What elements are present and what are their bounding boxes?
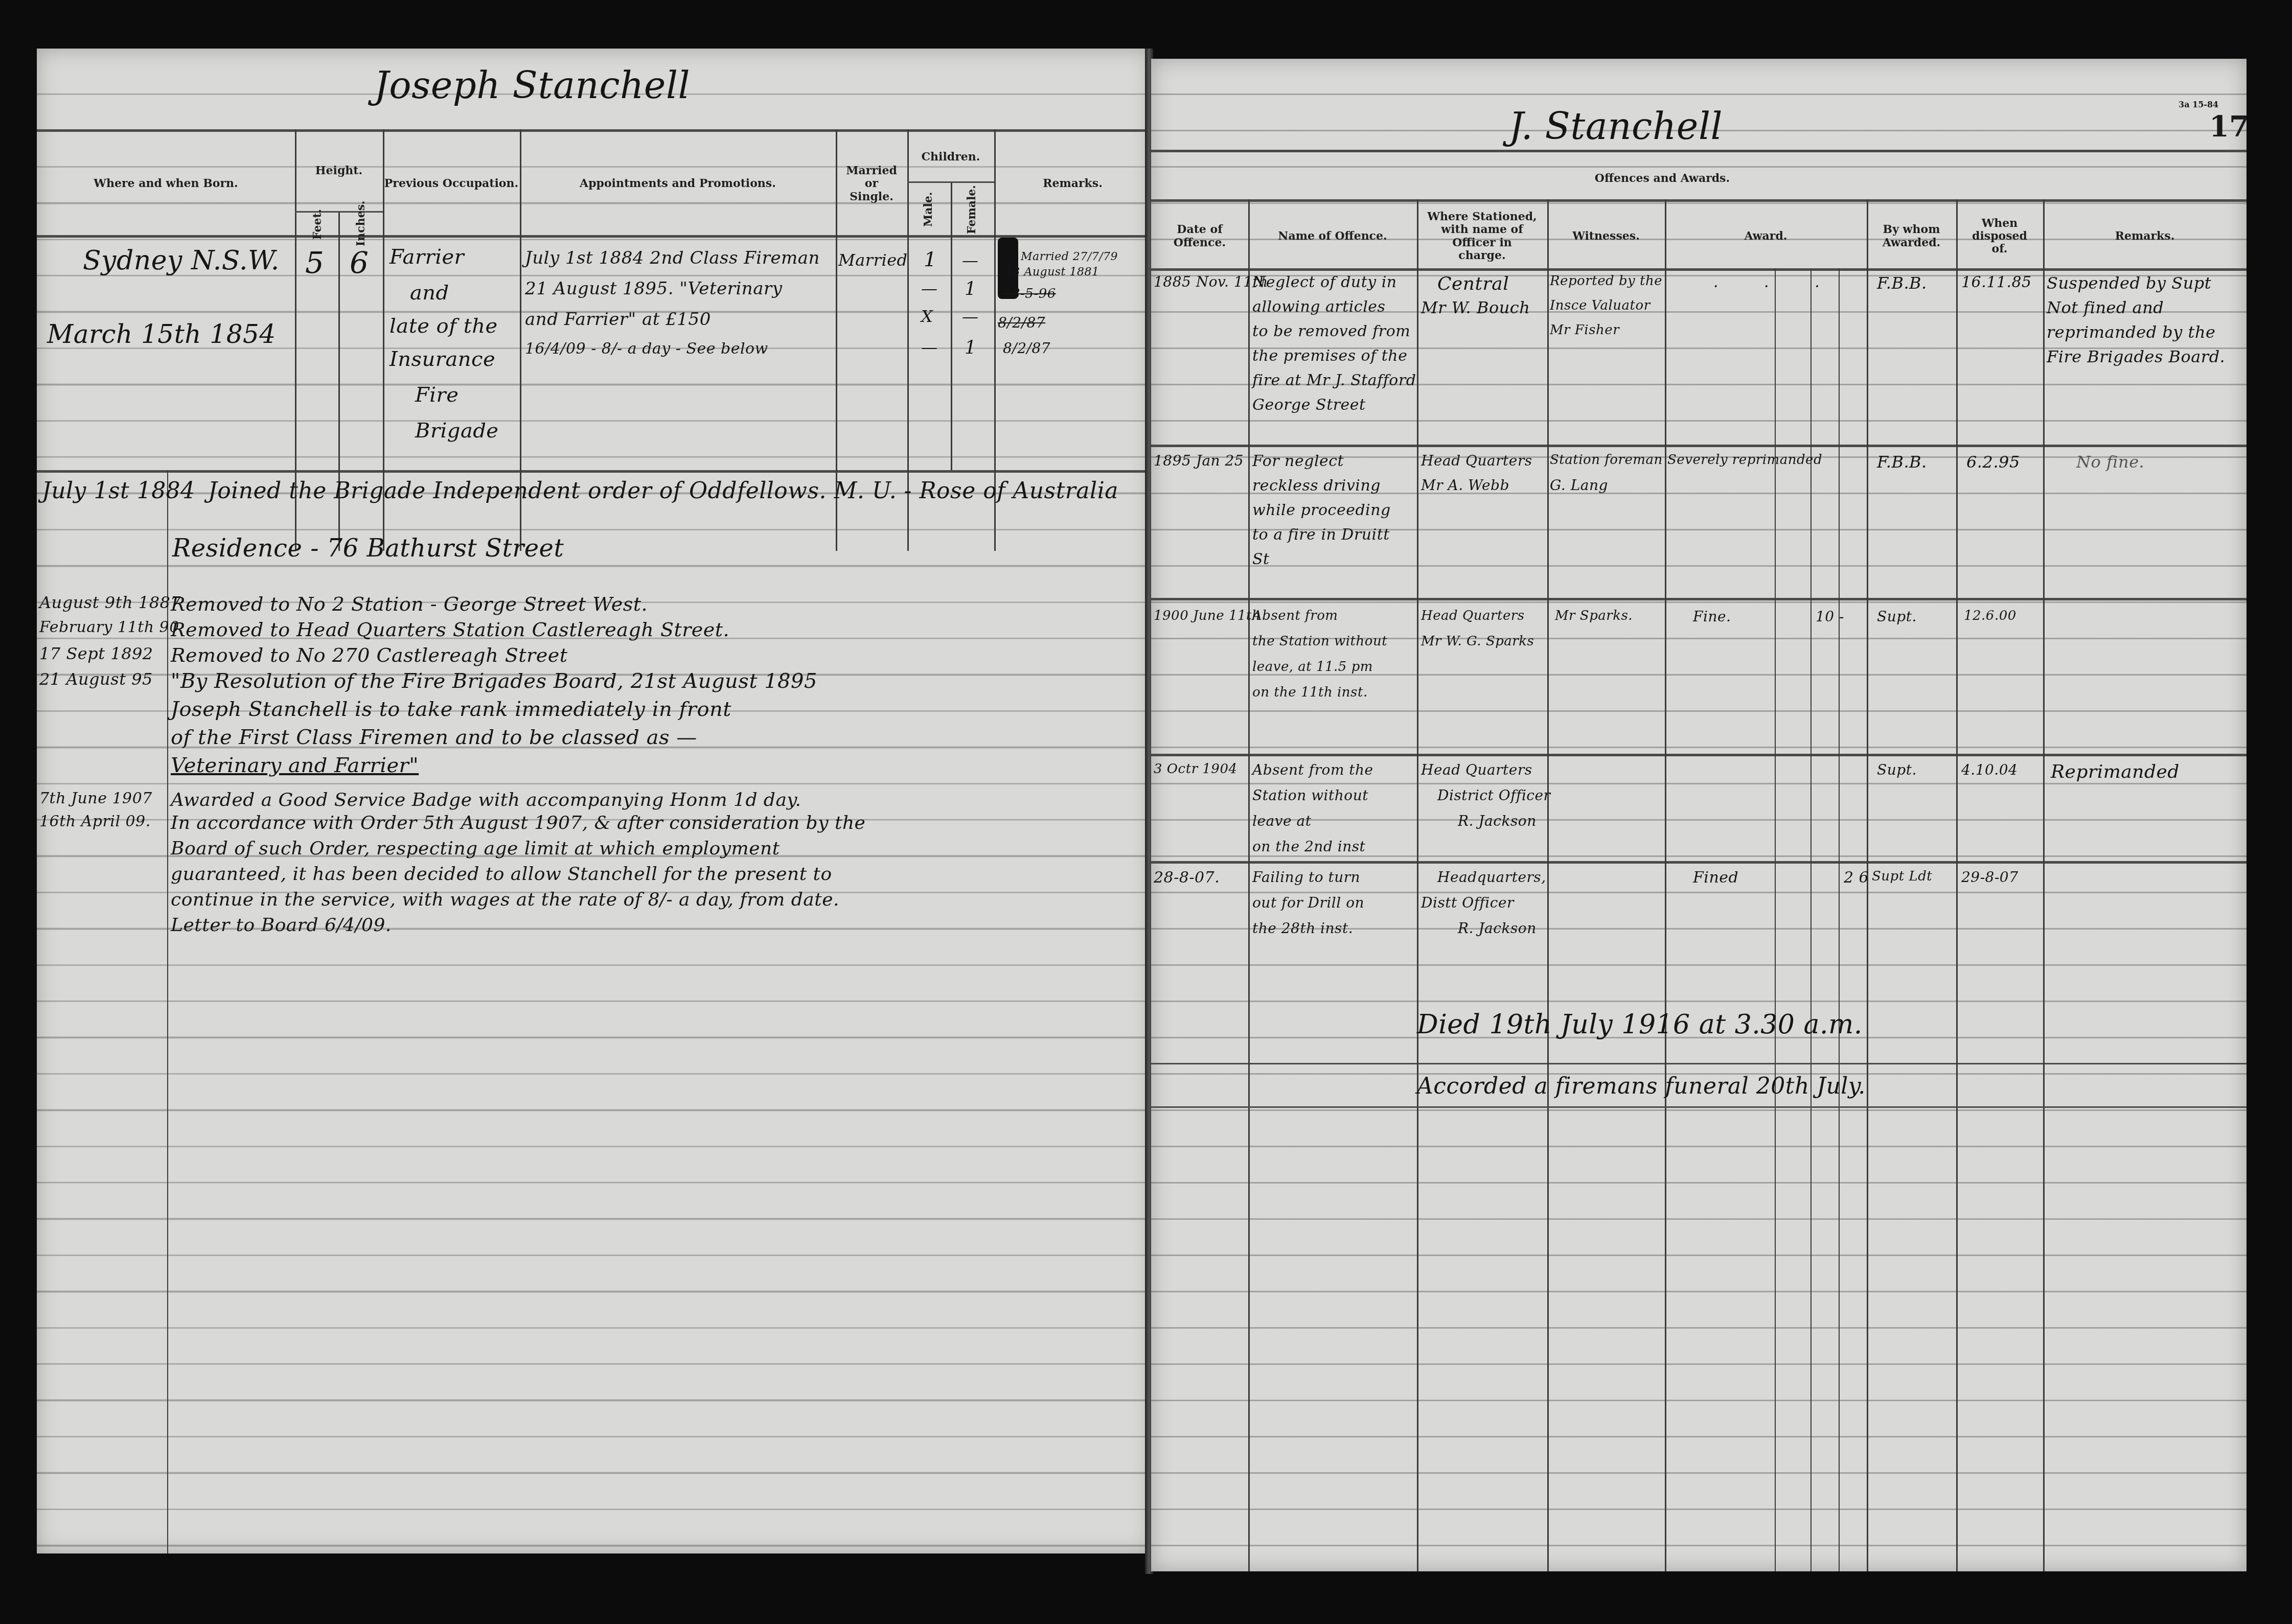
remark-line: Fire Brigades Board. bbox=[2047, 347, 2225, 366]
header-remarks: Remarks. bbox=[994, 133, 1151, 235]
offence-date: 1900 June 11th bbox=[1154, 608, 1260, 623]
appointment-line: and Farrier" at £150 bbox=[525, 309, 711, 330]
children-female: — bbox=[962, 250, 979, 270]
remark-line: Married 27/7/79 bbox=[1021, 250, 1118, 263]
note-text: Residence - 76 Bathurst Street bbox=[172, 534, 564, 563]
remark-line: 28-5-96 bbox=[1003, 286, 1056, 301]
disposed-date: 4.10.04 bbox=[1961, 761, 2018, 778]
note-text: Removed to Head Quarters Station Castler… bbox=[171, 618, 729, 641]
offence-name-line: Neglect of duty in bbox=[1252, 273, 1397, 291]
header-where-stationed: Where Stationed, with name of Officer in… bbox=[1417, 204, 1547, 268]
offence-name-line: the Station without bbox=[1252, 634, 1387, 649]
children-female: — bbox=[962, 307, 979, 326]
note-text: Removed to No 2 Station - George Street … bbox=[171, 593, 648, 615]
offence-name-line: Station without bbox=[1252, 787, 1368, 804]
offence-date: 28-8-07. bbox=[1154, 869, 1220, 887]
row-rule bbox=[1151, 861, 2247, 864]
stationed-line: Mr W. G. Sparks bbox=[1421, 634, 1534, 649]
header-inches: Inches. bbox=[346, 213, 377, 234]
header-when-disposed: When disposed of. bbox=[1956, 204, 2043, 268]
offence-name-line: the 28th inst. bbox=[1252, 920, 1353, 937]
employee-name-title: J. Stanchell bbox=[1509, 105, 1723, 148]
appointment-line: 16/4/09 - 8/- a day - See below bbox=[525, 340, 768, 358]
funeral-note: Accorded a firemans funeral 20th July. bbox=[1417, 1073, 1866, 1099]
header-feet: Feet. bbox=[303, 215, 333, 234]
right-page: J. Stanchell 3a 15-84 17 Offences and Aw… bbox=[1151, 59, 2247, 1571]
remark-line: 8/2/87 bbox=[998, 314, 1045, 331]
header-remarks: Remarks. bbox=[2043, 204, 2247, 268]
header-top-rule bbox=[37, 129, 1151, 132]
note-date: August 9th 1887 bbox=[39, 593, 181, 612]
offence-date: 3 Octr 1904 bbox=[1154, 761, 1237, 777]
marital-status: Married bbox=[838, 250, 908, 270]
header-where-born: Where and when Born. bbox=[37, 133, 295, 235]
offence-name-line: George Street bbox=[1252, 396, 1366, 414]
page-number: 17 bbox=[2209, 110, 2249, 144]
witness-line: Insce Valuator bbox=[1550, 298, 1651, 313]
note-text: Letter to Board 6/4/09. bbox=[171, 915, 392, 936]
row-rule bbox=[1151, 445, 2247, 447]
employee-name-title: Joseph Stanchell bbox=[374, 64, 690, 107]
stationed-line: Headquarters, bbox=[1437, 869, 1546, 886]
header-previous-occupation: Previous Occupation. bbox=[383, 133, 520, 235]
disposed-date: 12.6.00 bbox=[1964, 608, 2016, 623]
table-end-rule bbox=[1151, 1106, 2247, 1108]
offence-name-line: leave at bbox=[1252, 813, 1311, 829]
note-text: "By Resolution of the Fire Brigades Boar… bbox=[171, 669, 817, 693]
witness-line: Station foreman bbox=[1550, 452, 1663, 468]
remark-line: 13 August 1881 bbox=[1005, 266, 1099, 279]
header-bottom-rule bbox=[37, 235, 1151, 238]
witness-line: Mr Fisher bbox=[1550, 322, 1619, 338]
remark-line: No fine. bbox=[2076, 452, 2144, 472]
stationed-line: Head Quarters bbox=[1421, 452, 1532, 469]
remark-line: Reprimanded bbox=[2051, 761, 2180, 782]
note-text: Joseph Stanchell is to take rank immedia… bbox=[171, 698, 731, 721]
header-appointments: Appointments and Promotions. bbox=[520, 133, 836, 235]
note-text: Board of such Order, respecting age limi… bbox=[171, 838, 780, 859]
stationed-line: R. Jackson bbox=[1458, 920, 1537, 937]
children-male: X bbox=[921, 307, 933, 326]
note-text: Veterinary and Farrier" bbox=[171, 754, 419, 777]
occupation-line: late of the bbox=[389, 314, 498, 338]
offence-name-line: while proceeding bbox=[1252, 501, 1391, 519]
children-subrule bbox=[907, 181, 994, 183]
left-page: Joseph Stanchell Where and when Born. He… bbox=[37, 49, 1151, 1553]
remark-line: reprimanded by the bbox=[2047, 322, 2216, 342]
offence-name-line: allowing articles bbox=[1252, 298, 1385, 316]
remark-line: 8/2/87 bbox=[1003, 340, 1050, 357]
stationed-line: Head Quarters bbox=[1421, 761, 1532, 778]
note-date: 17 Sept 1892 bbox=[39, 644, 153, 663]
header-children: Children. bbox=[907, 133, 994, 181]
stationed-line: R. Jackson bbox=[1458, 813, 1537, 829]
occupation-line: Fire bbox=[415, 383, 459, 407]
award-amount: 2 6 bbox=[1844, 869, 1869, 887]
awarded-by: Supt. bbox=[1877, 761, 1917, 778]
col-divider bbox=[1547, 199, 1549, 1571]
form-number: 3a 15-84 bbox=[2179, 100, 2218, 109]
header-top-rule bbox=[1151, 150, 2247, 152]
note-text: Removed to No 270 Castlereagh Street bbox=[171, 644, 567, 666]
note-text: In accordance with Order 5th August 1907… bbox=[171, 813, 865, 833]
note-date: 16th April 09. bbox=[39, 813, 151, 830]
offence-name-line: on the 2nd inst bbox=[1252, 838, 1365, 855]
note-date: 7th June 1907 bbox=[39, 790, 152, 807]
section-title: Offences and Awards. bbox=[1458, 156, 1867, 202]
award-value: Fine. bbox=[1693, 608, 1731, 625]
note-date: February 11th 90 bbox=[39, 618, 179, 636]
col-divider bbox=[1417, 199, 1418, 1571]
record-bottom-rule bbox=[37, 470, 1151, 473]
height-inches: 6 bbox=[350, 245, 369, 280]
header-height: Height. bbox=[295, 133, 383, 210]
children-female: 1 bbox=[965, 279, 976, 299]
offence-name-line: Failing to turn bbox=[1252, 869, 1360, 886]
occupation-line: Brigade bbox=[415, 419, 499, 443]
appointment-line: 21 August 1895. "Veterinary bbox=[525, 279, 782, 299]
offence-name-line: on the 11th inst. bbox=[1252, 685, 1368, 700]
header-witnesses: Witnesses. bbox=[1547, 204, 1665, 268]
children-female: 1 bbox=[965, 337, 976, 358]
col-divider bbox=[951, 181, 952, 470]
award-value: Severely reprimanded bbox=[1667, 452, 1822, 468]
offence-name-line: out for Drill on bbox=[1252, 894, 1364, 911]
award-value: . . . bbox=[1713, 273, 1840, 291]
remark-line: Suspended by Supt bbox=[2047, 273, 2211, 293]
disposed-date: 6.2.95 bbox=[1966, 452, 2020, 472]
offence-name-line: reckless driving bbox=[1252, 477, 1381, 495]
header-award: Award. bbox=[1665, 204, 1867, 268]
offence-name-line: to be removed from bbox=[1252, 322, 1410, 340]
col-divider bbox=[2043, 199, 2045, 1571]
disposed-date: 29-8-07 bbox=[1961, 869, 2019, 886]
awarded-by: F.B.B. bbox=[1877, 273, 1927, 293]
disposed-date: 16.11.85 bbox=[1961, 273, 2032, 291]
stationed-line: Mr A. Webb bbox=[1421, 477, 1509, 494]
offence-date: 1895 Jan 25 bbox=[1154, 452, 1244, 469]
section-rule bbox=[1151, 199, 2247, 202]
offence-name-line: the premises of the bbox=[1252, 347, 1407, 365]
header-female: Female. bbox=[959, 187, 985, 233]
stationed-line: Mr W. Bouch bbox=[1421, 298, 1530, 317]
remark-line: Not fined and bbox=[2047, 298, 2164, 317]
occupation-line: and bbox=[410, 281, 449, 305]
note-text: of the First Class Firemen and to be cla… bbox=[171, 726, 697, 749]
header-married-single: Married or Single. bbox=[836, 133, 907, 235]
note-text: guaranteed, it has been decided to allow… bbox=[171, 864, 832, 885]
note-text: continue in the service, with wages at t… bbox=[171, 889, 839, 910]
birth-date: March 15th 1854 bbox=[47, 319, 276, 349]
witness-line: G. Lang bbox=[1550, 477, 1608, 494]
witness-line: Reported by the bbox=[1550, 273, 1662, 289]
header-bottom-rule bbox=[1151, 268, 2247, 271]
header-by-whom: By whom Awarded. bbox=[1867, 204, 1956, 268]
col-divider bbox=[1839, 268, 1840, 1571]
offence-name-line: For neglect bbox=[1252, 452, 1344, 470]
stationed-line: District Officer bbox=[1437, 787, 1550, 804]
note-date: 21 August 95 bbox=[39, 669, 153, 689]
offence-name-line: St bbox=[1252, 550, 1270, 568]
header-date: Date of Offence. bbox=[1151, 204, 1248, 268]
header-male: Male. bbox=[916, 187, 942, 233]
children-male: — bbox=[921, 337, 938, 357]
birthplace: Sydney N.S.W. bbox=[83, 245, 280, 276]
offence-date: 1885 Nov. 11th bbox=[1154, 273, 1268, 290]
death-note: Died 19th July 1916 at 3.30 a.m. bbox=[1417, 1009, 1863, 1040]
witness-line: Mr Sparks. bbox=[1555, 608, 1633, 623]
offence-name-line: leave, at 11.5 pm bbox=[1252, 659, 1373, 675]
col-divider bbox=[1248, 199, 1250, 1571]
awarded-by: F.B.B. bbox=[1877, 452, 1927, 472]
stationed-line: Head Quarters bbox=[1421, 608, 1525, 623]
note-text: Awarded a Good Service Badge with accomp… bbox=[171, 790, 801, 810]
offence-name-line: Absent from bbox=[1252, 608, 1338, 623]
appointment-line: July 1st 1884 2nd Class Fireman bbox=[525, 248, 820, 268]
offence-name-line: fire at Mr J. Stafford bbox=[1252, 372, 1416, 389]
stationed-line: Distt Officer bbox=[1421, 894, 1514, 911]
awarded-by: Supt. bbox=[1877, 608, 1917, 625]
col-divider bbox=[1956, 199, 1958, 1571]
note-date: July 1st 1884 bbox=[42, 478, 195, 504]
offence-name-line: to a fire in Druitt bbox=[1252, 526, 1390, 544]
height-subrule bbox=[295, 211, 383, 213]
occupation-line: Farrier bbox=[389, 245, 464, 269]
award-amount: 10 - bbox=[1816, 608, 1844, 625]
children-male: 1 bbox=[924, 248, 937, 271]
header-name-of-offence: Name of Offence. bbox=[1248, 204, 1417, 268]
children-male: — bbox=[921, 279, 938, 298]
note-text: Joined the Brigade Independent order of … bbox=[208, 478, 1118, 504]
height-feet: 5 bbox=[305, 245, 324, 280]
row-rule bbox=[1151, 754, 2247, 756]
awarded-by: Supt Ldt bbox=[1872, 869, 1932, 884]
offence-name-line: Absent from the bbox=[1252, 761, 1373, 778]
occupation-line: Insurance bbox=[389, 347, 495, 371]
table-end-rule bbox=[1151, 1063, 2247, 1064]
award-value: Fined bbox=[1693, 869, 1738, 887]
row-rule bbox=[1151, 598, 2247, 600]
col-divider bbox=[1665, 199, 1666, 1571]
stationed-line: Central bbox=[1437, 273, 1509, 294]
